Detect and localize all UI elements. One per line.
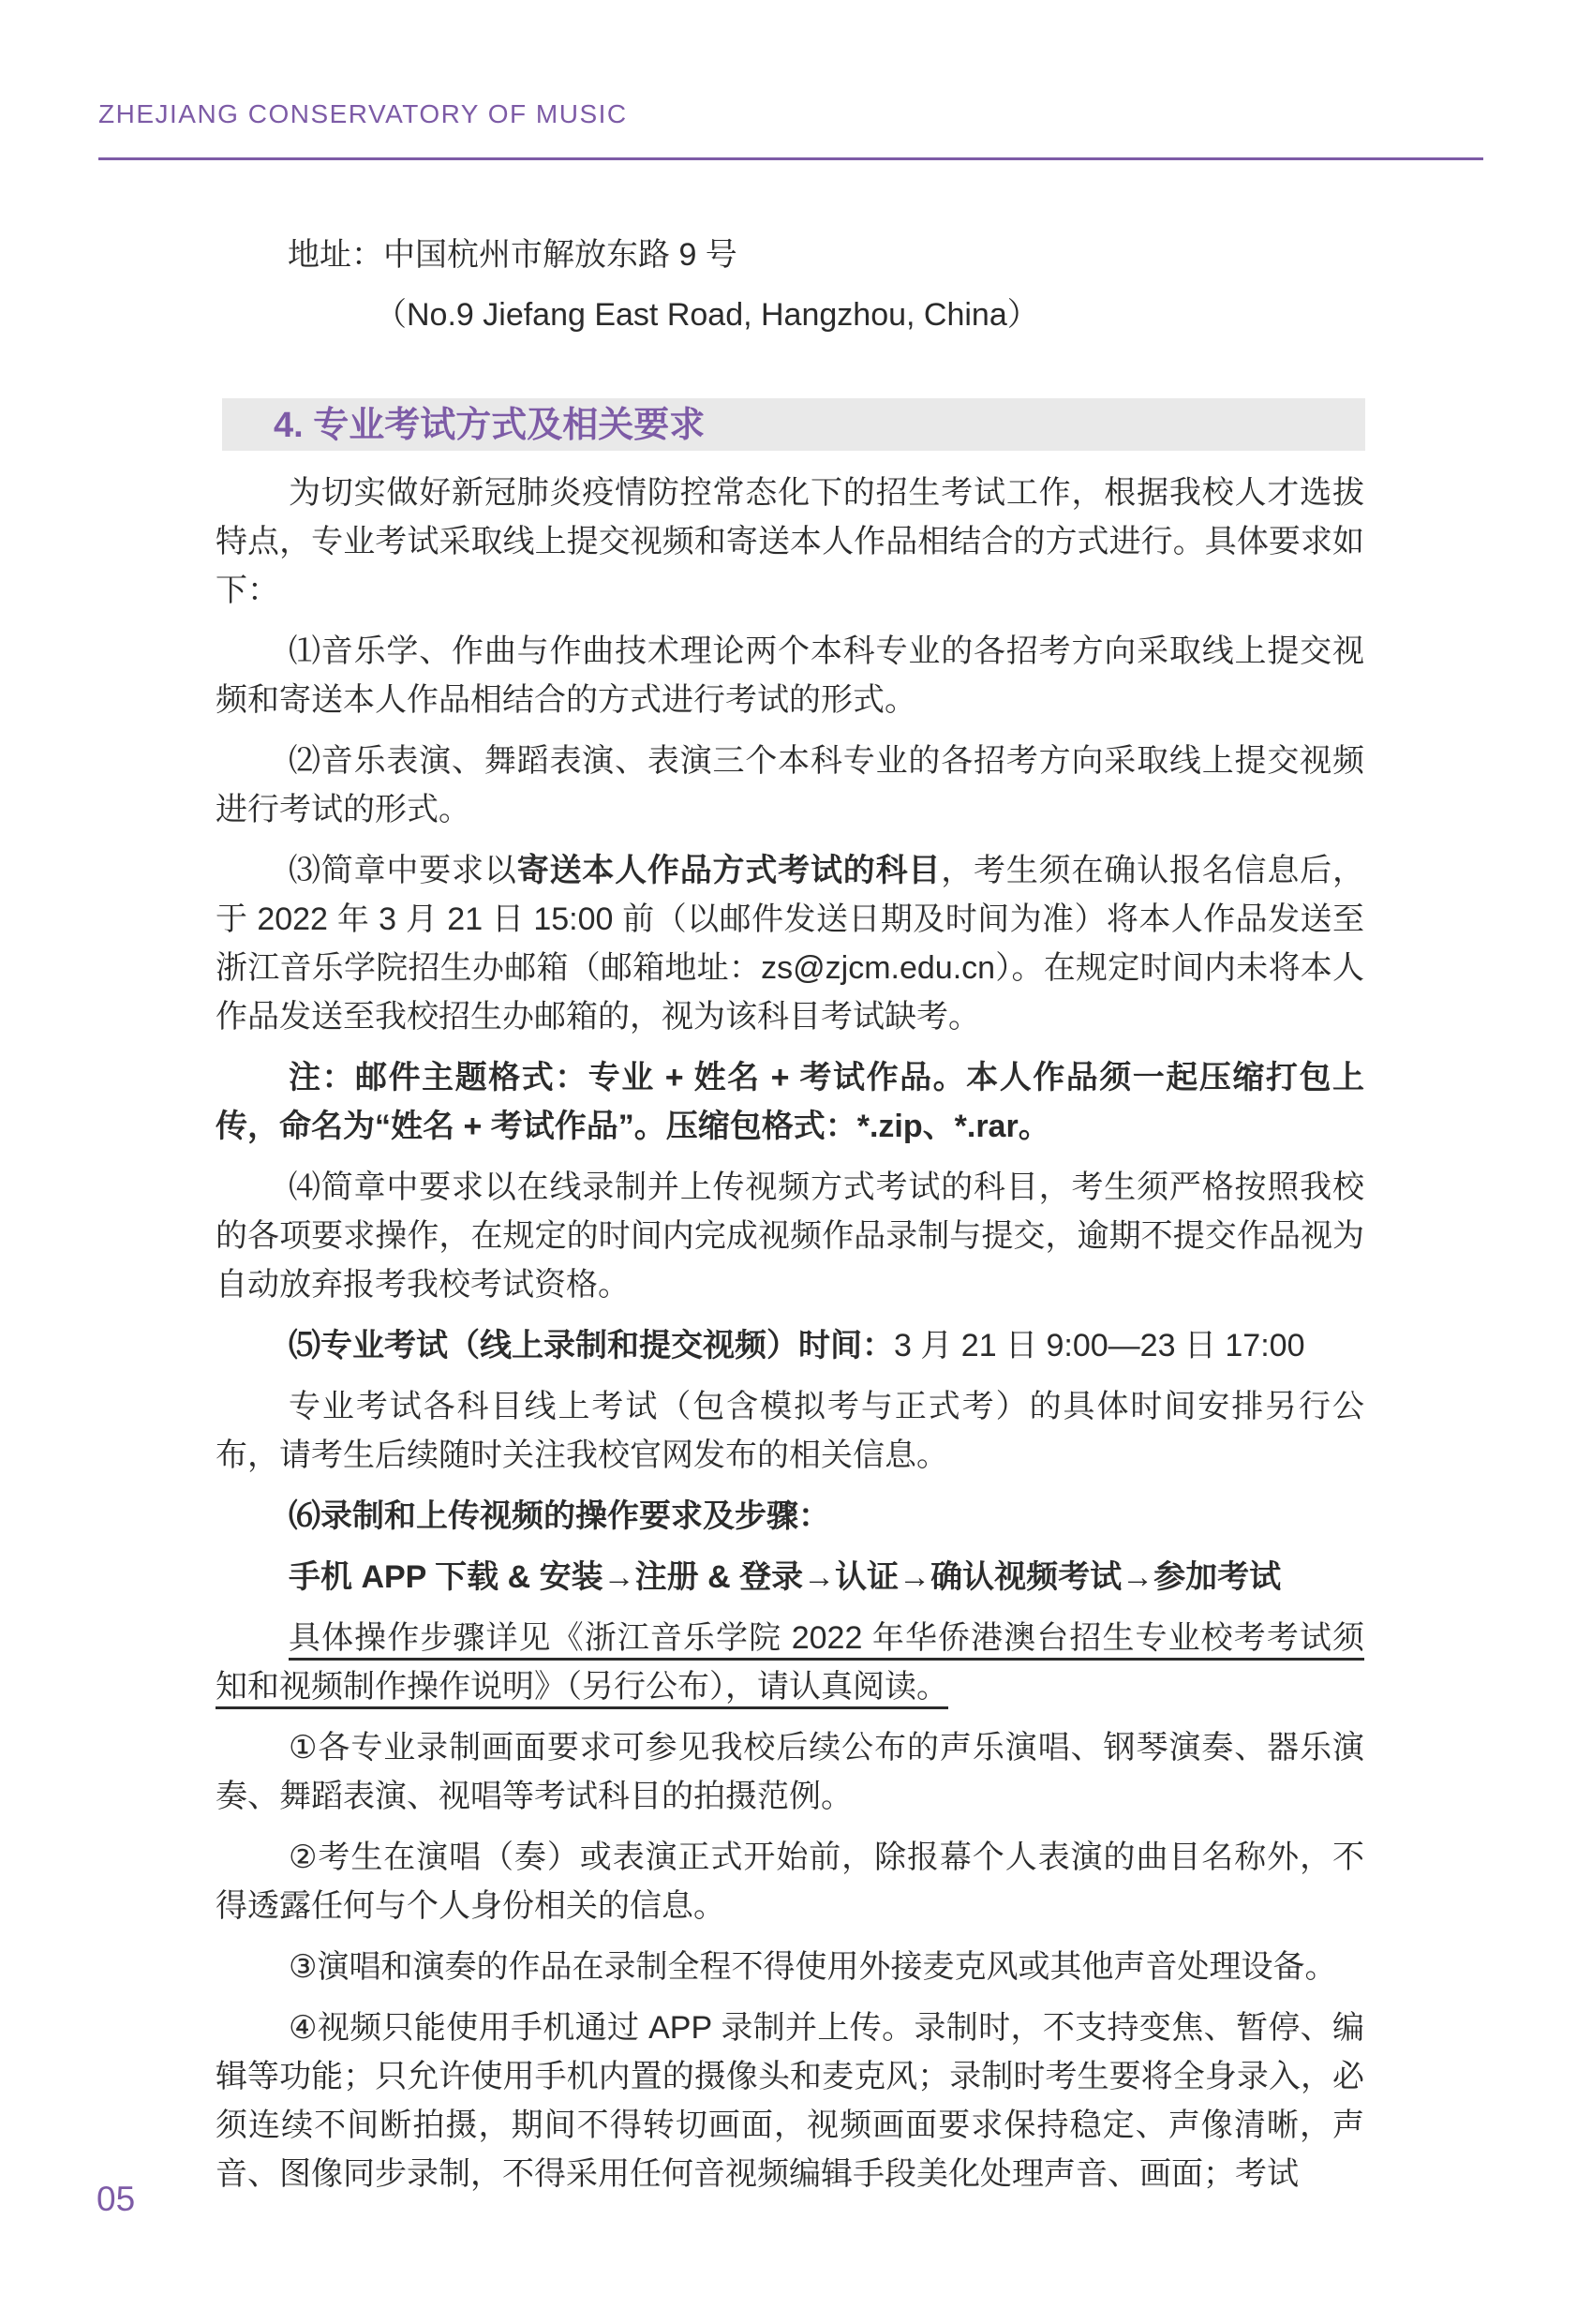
text-run: ③演唱和演奏的作品在录制全程不得使用外接麦克风或其他声音处理设备。 [289,1949,1336,1985]
text-run: ④视频只能使用手机通过 APP 录制并上传。录制时，不支持变焦、暂停、编辑等功能… [216,2010,1364,2192]
body-paragraph: 为切实做好新冠肺炎疫情防控常态化下的招生考试工作，根据我校人才选拔特点，专业考试… [216,469,1364,615]
body-paragraph: 手机 APP 下载 & 安装→注册 & 登录→认证→确认视频考试→参加考试 [216,1553,1364,1601]
body-paragraph: ①各专业录制画面要求可参见我校后续公布的声乐演唱、钢琴演奏、器乐演奏、舞蹈表演、… [216,1723,1364,1821]
body-paragraph: ④视频只能使用手机通过 APP 录制并上传。录制时，不支持变焦、暂停、编辑等功能… [216,2004,1364,2198]
text-run: 3 月 21 日 9:00—23 日 17:00 [894,1328,1304,1363]
body-paragraph: ⑵音乐表演、舞蹈表演、表演三个本科专业的各招考方向采取线上提交视频进行考试的形式… [216,737,1364,834]
body-paragraph: ③演唱和演奏的作品在录制全程不得使用外接麦克风或其他声音处理设备。 [216,1943,1364,1991]
header-divider [98,157,1483,160]
document-body: 为切实做好新冠肺炎疫情防控常态化下的招生考试工作，根据我校人才选拔特点，专业考试… [216,465,1364,2198]
text-run: 注：邮件主题格式：专业 + 姓名 + 考试作品。本人作品须一起压缩打包上传，命名… [216,1060,1364,1144]
body-paragraph: ⑸专业考试（线上录制和提交视频）时间：3 月 21 日 9:00—23 日 17… [216,1321,1364,1370]
address-line-english: （No.9 Jiefang East Road, Hangzhou, China… [216,285,1363,345]
body-paragraph: ⑶简章中要求以寄送本人作品方式考试的科目，考生须在确认报名信息后，于 2022 … [216,846,1364,1041]
address-block: 地址：中国杭州市解放东路 9 号 （No.9 Jiefang East Road… [216,225,1363,345]
body-paragraph: 专业考试各科目线上考试（包含模拟考与正式考）的具体时间安排另行公布，请考生后续随… [216,1382,1364,1480]
body-paragraph: 注：邮件主题格式：专业 + 姓名 + 考试作品。本人作品须一起压缩打包上传，命名… [216,1053,1364,1151]
text-run: 手机 APP 下载 & 安装→注册 & 登录→认证→确认视频考试→参加考试 [289,1559,1281,1595]
text-run: ⑸专业考试（线上录制和提交视频）时间： [289,1328,894,1363]
text-run: 具体操作步骤详见《浙江音乐学院 2022 年华侨港澳台招生专业校考考试须知和视频… [216,1620,1364,1705]
text-run: ①各专业录制画面要求可参见我校后续公布的声乐演唱、钢琴演奏、器乐演奏、舞蹈表演、… [216,1730,1364,1814]
text-run: ②考生在演唱（奏）或表演正式开始前，除报幕个人表演的曲目名称外，不得透露任何与个… [216,1840,1364,1924]
document-page: ZHEJIANG CONSERVATORY OF MUSIC 地址：中国杭州市解… [0,0,1577,2324]
text-run: 寄送本人作品方式考试的科目 [517,853,942,888]
text-run: 为切实做好新冠肺炎疫情防控常态化下的招生考试工作，根据我校人才选拔特点，专业考试… [216,475,1364,608]
text-run: ⑵音乐表演、舞蹈表演、表演三个本科专业的各招考方向采取线上提交视频进行考试的形式… [216,743,1364,827]
body-paragraph: ②考生在演唱（奏）或表演正式开始前，除报幕个人表演的曲目名称外，不得透露任何与个… [216,1833,1364,1930]
text-run: ⑷简章中要求以在线录制并上传视频方式考试的科目，考生须严格按照我校的各项要求操作… [216,1169,1364,1303]
page-number: 05 [97,2180,135,2219]
text-run: ⑹录制和上传视频的操作要求及步骤： [289,1498,830,1534]
body-paragraph: ⑹录制和上传视频的操作要求及步骤： [216,1492,1364,1541]
text-run: ⑴音乐学、作曲与作曲技术理论两个本科专业的各招考方向采取线上提交视频和寄送本人作… [216,633,1364,718]
body-paragraph: ⑴音乐学、作曲与作曲技术理论两个本科专业的各招考方向采取线上提交视频和寄送本人作… [216,627,1364,724]
body-paragraph: 具体操作步骤详见《浙江音乐学院 2022 年华侨港澳台招生专业校考考试须知和视频… [216,1614,1364,1711]
text-run: ⑶简章中要求以 [289,853,517,888]
text-run: 专业考试各科目线上考试（包含模拟考与正式考）的具体时间安排另行公布，请考生后续随… [216,1389,1364,1473]
body-paragraph: ⑷简章中要求以在线录制并上传视频方式考试的科目，考生须严格按照我校的各项要求操作… [216,1163,1364,1309]
section-heading: 4. 专业考试方式及相关要求 [222,398,1365,451]
address-line-chinese: 地址：中国杭州市解放东路 9 号 [216,225,1363,285]
brand-header: ZHEJIANG CONSERVATORY OF MUSIC [98,99,628,129]
section-title: 4. 专业考试方式及相关要求 [222,398,1365,453]
